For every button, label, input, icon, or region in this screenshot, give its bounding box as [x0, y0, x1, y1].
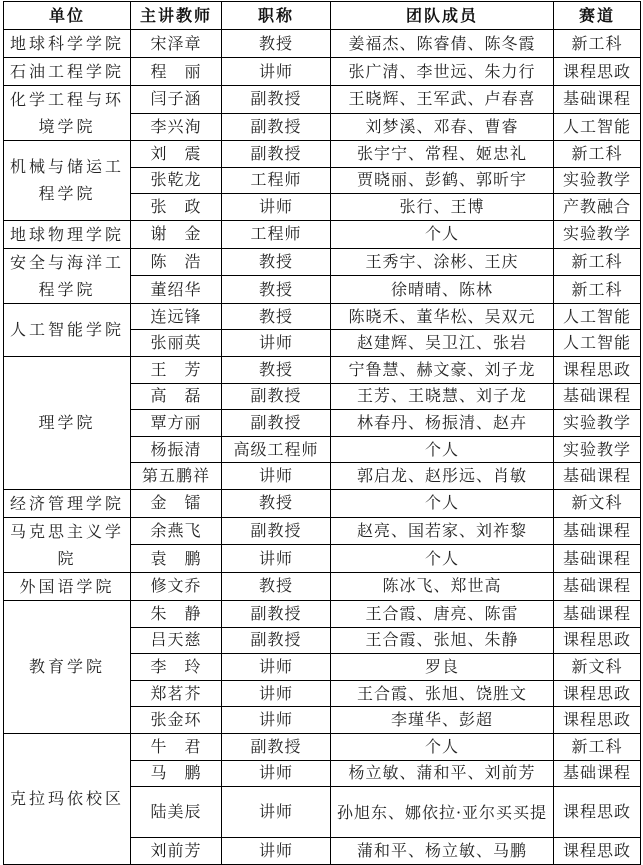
teacher-cell: 杨振清: [131, 436, 222, 463]
members-cell: 赵建辉、吴卫江、张岩: [331, 330, 554, 357]
track-cell: 新文科: [554, 654, 641, 681]
unit-cell: 教育学院: [4, 600, 131, 733]
title-cell: 教授: [222, 572, 331, 600]
unit-cell: 人工智能学院: [4, 303, 131, 356]
title-cell: 副教授: [222, 141, 331, 168]
track-cell: 新工科: [554, 733, 641, 760]
members-cell: 个人: [331, 220, 554, 248]
members-cell: 个人: [331, 436, 554, 463]
track-cell: 课程思政: [554, 356, 641, 383]
table-row: 经济管理学院 金 镭 教授 个人 新文科: [4, 489, 641, 517]
unit-cell: 外国语学院: [4, 572, 131, 600]
members-cell: 陈晓禾、董华松、吴双元: [331, 303, 554, 330]
teacher-cell: 张金环: [131, 707, 222, 734]
title-cell: 教授: [222, 248, 331, 276]
teacher-cell: 李兴洵: [131, 113, 222, 141]
members-cell: 刘梦溪、邓春、曹睿: [331, 113, 554, 141]
members-cell: 王合霞、张旭、饶胜文: [331, 680, 554, 707]
teacher-cell: 连远锋: [131, 303, 222, 330]
members-cell: 王秀宇、涂彬、王庆: [331, 248, 554, 276]
track-cell: 新工科: [554, 141, 641, 168]
teacher-cell: 张 政: [131, 194, 222, 221]
table-row: 化学工程与环境学院 闫子涵 副教授 王晓辉、王军武、卢春喜 基础课程: [4, 86, 641, 114]
table-header-row: 单位 主讲教师 职称 团队成员 赛道: [4, 2, 641, 30]
track-cell: 人工智能: [554, 303, 641, 330]
unit-cell: 克拉玛依校区: [4, 733, 131, 863]
track-cell: 实验教学: [554, 167, 641, 194]
track-cell: 基础课程: [554, 517, 641, 545]
teacher-cell: 金 镭: [131, 489, 222, 517]
members-cell: 王芳、王晓慧、刘子龙: [331, 383, 554, 410]
title-cell: 教授: [222, 489, 331, 517]
teacher-cell: 余燕飞: [131, 517, 222, 545]
title-cell: 讲师: [222, 463, 331, 490]
members-cell: 罗良: [331, 654, 554, 681]
track-cell: 基础课程: [554, 600, 641, 627]
members-cell: 赵亮、国若家、刘祚黎: [331, 517, 554, 545]
track-cell: 产教融合: [554, 194, 641, 221]
teacher-cell: 覃方丽: [131, 410, 222, 437]
teacher-cell: 程 丽: [131, 58, 222, 86]
members-cell: 陈冰飞、郑世高: [331, 572, 554, 600]
unit-cell: 安全与海洋工程学院: [4, 248, 131, 303]
teacher-cell: 闫子涵: [131, 86, 222, 114]
track-cell: 课程思政: [554, 838, 641, 863]
table-row: 理学院 王 芳 教授 宁鲁慧、赫文豪、刘子龙 课程思政: [4, 356, 641, 383]
members-cell: 张行、王博: [331, 194, 554, 221]
title-cell: 副教授: [222, 733, 331, 760]
track-cell: 课程思政: [554, 680, 641, 707]
members-cell: 张宇宁、常程、姬忠礼: [331, 141, 554, 168]
title-cell: 工程师: [222, 220, 331, 248]
track-cell: 实验教学: [554, 436, 641, 463]
members-cell: 郭启龙、赵彤远、肖敏: [331, 463, 554, 490]
title-cell: 讲师: [222, 545, 331, 573]
members-cell: 王合霞、张旭、朱静: [331, 627, 554, 654]
table-row: 地球科学学院 宋泽章 教授 姜福杰、陈睿倩、陈冬霞 新工科: [4, 30, 641, 58]
title-cell: 副教授: [222, 113, 331, 141]
track-cell: 人工智能: [554, 330, 641, 357]
members-cell: 李瑾华、彭超: [331, 707, 554, 734]
members-cell: 姜福杰、陈睿倩、陈冬霞: [331, 30, 554, 58]
unit-cell: 理学院: [4, 356, 131, 489]
track-cell: 课程思政: [554, 787, 641, 838]
unit-cell: 石油工程学院: [4, 58, 131, 86]
track-cell: 课程思政: [554, 627, 641, 654]
title-cell: 讲师: [222, 58, 331, 86]
track-cell: 人工智能: [554, 113, 641, 141]
teacher-cell: 董绍华: [131, 276, 222, 304]
track-cell: 课程思政: [554, 707, 641, 734]
title-cell: 讲师: [222, 838, 331, 863]
teacher-cell: 李 玲: [131, 654, 222, 681]
track-cell: 基础课程: [554, 383, 641, 410]
table-row: 外国语学院 修文乔 教授 陈冰飞、郑世高 基础课程: [4, 572, 641, 600]
table-row: 机械与储运工程学院 刘 震 副教授 张宇宁、常程、姬忠礼 新工科: [4, 141, 641, 168]
title-cell: 讲师: [222, 680, 331, 707]
title-cell: 教授: [222, 276, 331, 304]
header-teacher: 主讲教师: [131, 2, 222, 30]
title-cell: 讲师: [222, 330, 331, 357]
teacher-cell: 朱 静: [131, 600, 222, 627]
table-row: 石油工程学院 程 丽 讲师 张广清、李世远、朱力行 课程思政: [4, 58, 641, 86]
title-cell: 教授: [222, 30, 331, 58]
title-cell: 副教授: [222, 627, 331, 654]
teacher-cell: 第五鹏祥: [131, 463, 222, 490]
table-row: 教育学院 朱 静 副教授 王合霞、唐亮、陈雷 基础课程: [4, 600, 641, 627]
members-cell: 个人: [331, 733, 554, 760]
table-body: 地球科学学院 宋泽章 教授 姜福杰、陈睿倩、陈冬霞 新工科 石油工程学院 程 丽…: [4, 30, 641, 864]
title-cell: 副教授: [222, 410, 331, 437]
header-track: 赛道: [554, 2, 641, 30]
title-cell: 副教授: [222, 517, 331, 545]
title-cell: 副教授: [222, 600, 331, 627]
table-row: 克拉玛依校区 牛 君 副教授 个人 新工科: [4, 733, 641, 760]
table-row: 人工智能学院 连远锋 教授 陈晓禾、董华松、吴双元 人工智能: [4, 303, 641, 330]
members-cell: 个人: [331, 545, 554, 573]
teacher-cell: 陆美辰: [131, 787, 222, 838]
title-cell: 讲师: [222, 654, 331, 681]
unit-cell: 地球物理学院: [4, 220, 131, 248]
unit-cell: 地球科学学院: [4, 30, 131, 58]
track-cell: 基础课程: [554, 463, 641, 490]
teacher-cell: 袁 鹏: [131, 545, 222, 573]
teacher-cell: 刘 震: [131, 141, 222, 168]
members-cell: 王晓辉、王军武、卢春喜: [331, 86, 554, 114]
members-cell: 蒲和平、杨立敏、马鹏: [331, 838, 554, 863]
track-cell: 课程思政: [554, 58, 641, 86]
members-cell: 个人: [331, 489, 554, 517]
members-cell: 贾晓丽、彭鹤、郭昕宇: [331, 167, 554, 194]
title-cell: 教授: [222, 303, 331, 330]
title-cell: 教授: [222, 356, 331, 383]
track-cell: 基础课程: [554, 572, 641, 600]
teacher-cell: 郑茗芥: [131, 680, 222, 707]
title-cell: 高级工程师: [222, 436, 331, 463]
members-cell: 宁鲁慧、赫文豪、刘子龙: [331, 356, 554, 383]
document-page: 单位 主讲教师 职称 团队成员 赛道 地球科学学院 宋泽章 教授 姜福杰、陈睿倩…: [3, 1, 641, 863]
track-cell: 实验教学: [554, 220, 641, 248]
title-cell: 讲师: [222, 194, 331, 221]
members-cell: 张广清、李世远、朱力行: [331, 58, 554, 86]
track-cell: 基础课程: [554, 545, 641, 573]
teacher-cell: 吕天慈: [131, 627, 222, 654]
unit-cell: 机械与储运工程学院: [4, 141, 131, 221]
members-cell: 林春丹、杨振清、赵卉: [331, 410, 554, 437]
track-cell: 基础课程: [554, 86, 641, 114]
track-cell: 新工科: [554, 248, 641, 276]
title-cell: 副教授: [222, 86, 331, 114]
table-row: 马克思主义学院 余燕飞 副教授 赵亮、国若家、刘祚黎 基础课程: [4, 517, 641, 545]
track-cell: 实验教学: [554, 410, 641, 437]
title-cell: 副教授: [222, 383, 331, 410]
unit-cell: 马克思主义学院: [4, 517, 131, 572]
teacher-cell: 王 芳: [131, 356, 222, 383]
title-cell: 工程师: [222, 167, 331, 194]
teacher-cell: 马 鹏: [131, 760, 222, 787]
members-cell: 王合霞、唐亮、陈雷: [331, 600, 554, 627]
track-cell: 基础课程: [554, 760, 641, 787]
track-cell: 新文科: [554, 489, 641, 517]
members-cell: 徐晴晴、陈林: [331, 276, 554, 304]
header-members: 团队成员: [331, 2, 554, 30]
teacher-team-table: 单位 主讲教师 职称 团队成员 赛道 地球科学学院 宋泽章 教授 姜福杰、陈睿倩…: [3, 1, 641, 863]
title-cell: 讲师: [222, 787, 331, 838]
header-title: 职称: [222, 2, 331, 30]
teacher-cell: 牛 君: [131, 733, 222, 760]
title-cell: 讲师: [222, 760, 331, 787]
table-row: 安全与海洋工程学院 陈 浩 教授 王秀宇、涂彬、王庆 新工科: [4, 248, 641, 276]
unit-cell: 化学工程与环境学院: [4, 86, 131, 141]
teacher-cell: 张乾龙: [131, 167, 222, 194]
table-row: 地球物理学院 谢 金 工程师 个人 实验教学: [4, 220, 641, 248]
teacher-cell: 刘前芳: [131, 838, 222, 863]
header-unit: 单位: [4, 2, 131, 30]
teacher-cell: 修文乔: [131, 572, 222, 600]
teacher-cell: 张丽英: [131, 330, 222, 357]
unit-cell: 经济管理学院: [4, 489, 131, 517]
track-cell: 新工科: [554, 30, 641, 58]
teacher-cell: 宋泽章: [131, 30, 222, 58]
title-cell: 讲师: [222, 707, 331, 734]
members-cell: 杨立敏、蒲和平、刘前芳: [331, 760, 554, 787]
teacher-cell: 陈 浩: [131, 248, 222, 276]
teacher-cell: 高 磊: [131, 383, 222, 410]
teacher-cell: 谢 金: [131, 220, 222, 248]
track-cell: 新工科: [554, 276, 641, 304]
members-cell: 孙旭东、娜依拉·亚尔买买提: [331, 787, 554, 838]
